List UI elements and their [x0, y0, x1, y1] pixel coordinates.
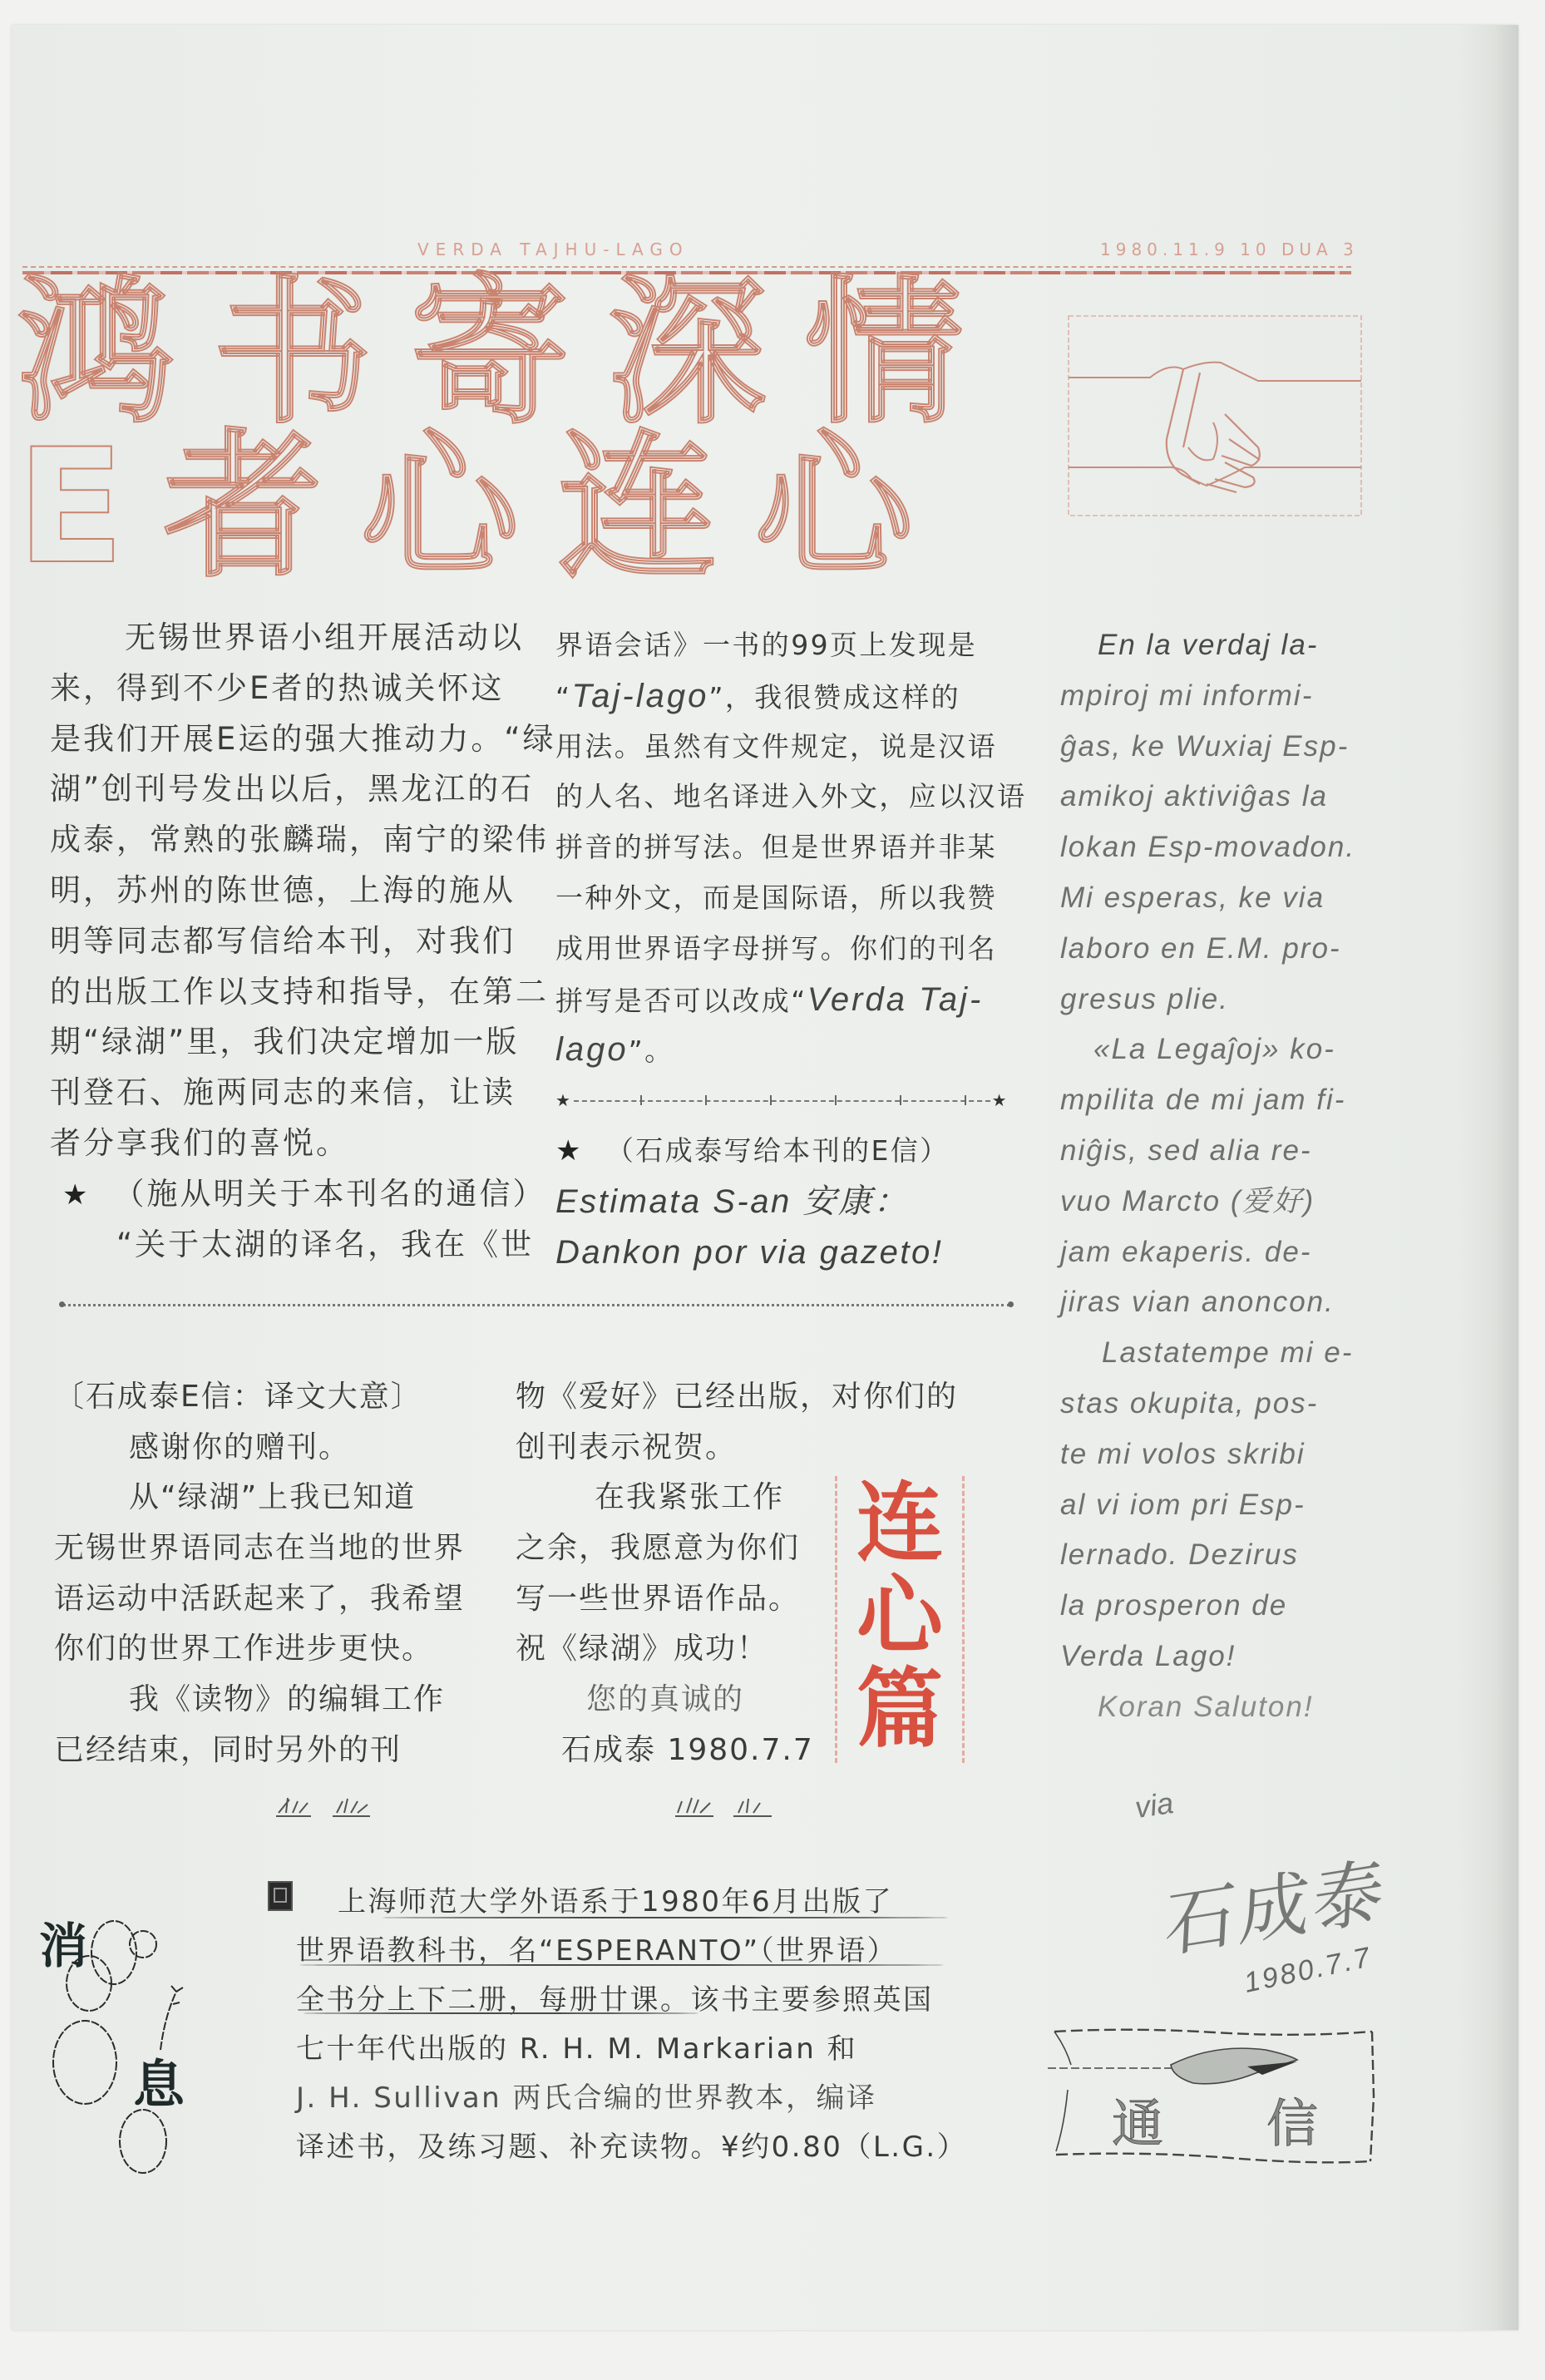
- esperanto-line: Lastatempe mi e-: [1060, 1328, 1355, 1379]
- intro-line: 刊登石、施两同志的来信，让读: [50, 1068, 556, 1118]
- esperanto-line: En la verdaj la-: [1060, 620, 1355, 671]
- intro-line: 明等同志都写信给本刊，对我们: [50, 916, 556, 967]
- esperanto-line: lernado. Dezirus: [1060, 1530, 1355, 1581]
- translation-line: 无锡世界语同志在当地的世界: [54, 1523, 465, 1574]
- letter1-heading: ★（施从明关于本刊名的通信）: [50, 1169, 556, 1220]
- intro-line: 期“绿湖”里，我们决定增加一版: [50, 1017, 556, 1068]
- translation-line: 我《读物》的编辑工作: [54, 1675, 465, 1726]
- news-line: 译述书，及练习题、补充读物。¥约0.80（L.G.）: [296, 2123, 967, 2172]
- intro-line: 湖”创刊号发出以后，黑龙江的石: [50, 764, 556, 815]
- intro-line: 成泰，常熟的张麟瑞，南宁的梁伟: [50, 815, 556, 866]
- esperanto-line: mpiroj mi informi-: [1060, 671, 1355, 722]
- news-underline: [383, 1917, 948, 1918]
- news-line: 七十年代出版的 R. H. M. Markarian 和: [296, 2025, 967, 2074]
- dotted-separator: [62, 1304, 1010, 1306]
- letter1-line: 拼写是否可以改成“Verda Taj-: [555, 975, 1026, 1025]
- letter1-column: 界语会话》一书的99页上发现是 “Taj-lago”，我很赞成这样的 用法。虽然…: [555, 620, 1026, 1277]
- correspondence-label-char: 信: [1266, 2093, 1318, 2154]
- handshake-icon: [1067, 314, 1363, 517]
- latin-term: Taj-lago: [572, 678, 709, 714]
- intro-line: 明，苏州的陈世德，上海的施从: [50, 866, 556, 916]
- intro-line: 来，得到不少E者的热诚关怀这: [50, 664, 556, 714]
- news-line: 全书分上下二册，每册廿课。该书主要参照英国: [296, 1976, 967, 2025]
- masthead-date: 1980.11.9 10 DUA 3: [1100, 239, 1359, 259]
- translation-line: 创刊表示祝贺。: [516, 1423, 958, 1474]
- letter1-line-text: 拼写是否可以改成“: [555, 985, 807, 1017]
- letter1-line: 界语会话》一书的99页上发现是: [555, 620, 1026, 671]
- news-bubbles-icon: 消 息: [25, 1879, 274, 2187]
- intro-line: 无锡世界语小组开展活动以: [50, 613, 556, 664]
- letter1-line-text: ”，我很赞成这样的: [708, 681, 960, 714]
- intro-line: 是我们开展E运的强大推动力。“绿: [50, 714, 556, 765]
- esperanto-line: «La Legaĵoj» ko-: [1060, 1025, 1355, 1075]
- letter1-line: 的人名、地名译进入外文，应以汉语: [555, 772, 1026, 822]
- news-label-char: 息: [133, 2054, 185, 2115]
- translation-line: 从“绿湖”上我已知道: [54, 1473, 465, 1523]
- news-label-char: 消: [39, 1918, 87, 1974]
- star-icon: ★: [992, 1090, 1009, 1110]
- intro-column: 无锡世界语小组开展活动以 来，得到不少E者的热诚关怀这 是我们开展E运的强大推动…: [50, 613, 556, 1270]
- star-icon: ★: [62, 1178, 90, 1212]
- esperanto-line: amikoj aktiviĝas la: [1060, 772, 1355, 822]
- section-divider: ★ ★: [555, 1075, 1009, 1126]
- news-line: 世界语教科书，名“ESPERANTO”（世界语）: [296, 1927, 967, 1976]
- stamp-char: 篇: [837, 1662, 962, 1755]
- esperanto-line: al vi iom pri Esp-: [1060, 1480, 1355, 1531]
- letter1-line: “关于太湖的译名，我在《世: [50, 1220, 556, 1271]
- stamp-char: 连: [837, 1476, 962, 1569]
- star-icon: ★: [555, 1134, 583, 1168]
- divider-ticks: [589, 1095, 975, 1105]
- letter1-line-text: ”。: [629, 1034, 674, 1067]
- intro-line: 的出版工作以支持和指导，在第二: [50, 967, 556, 1018]
- esperanto-line: gresus plie.: [1060, 975, 1355, 1025]
- esperanto-line: niĝis, sed alia re-: [1060, 1126, 1355, 1177]
- letter1-line: 成用世界语字母拼写。你们的刊名: [555, 924, 1026, 975]
- translation-line: 物《爱好》已经出版，对你们的: [516, 1372, 958, 1423]
- signature-closing: via: [1133, 1785, 1175, 1825]
- translation-line: 已经结束，同时另外的刊: [54, 1726, 465, 1776]
- letter1-line: 用法。虽然有文件规定，说是汉语: [555, 722, 1026, 773]
- esperanto-line: jam ekaperis. de-: [1060, 1227, 1355, 1278]
- intro-line: 者分享我们的喜悦。: [50, 1118, 556, 1169]
- news-underline: [304, 2012, 698, 2014]
- letter1-line: 拼音的拼写法。但是世界语并非某: [555, 822, 1026, 873]
- masthead-title: VERDA TAJHU-LAGO: [417, 239, 689, 259]
- translation-line: 语运动中活跃起来了，我希望: [54, 1574, 465, 1625]
- letter1-heading-text: （施从明关于本刊名的通信）: [113, 1176, 545, 1212]
- letter2-greeting: Estimata S-an 安康：: [555, 1177, 1026, 1227]
- esperanto-line: la prosperon de: [1060, 1581, 1355, 1632]
- letter1-line: lago”。: [555, 1025, 1026, 1075]
- letter1-line: 一种外文，而是国际语，所以我赞: [555, 873, 1026, 924]
- star-icon: ★: [555, 1090, 572, 1110]
- translation-heading: 〔石成泰E信：译文大意〕: [54, 1372, 465, 1423]
- headline-line-1: 鸿书寄深情: [17, 274, 1002, 432]
- stamp-char: 心: [837, 1569, 962, 1662]
- news-line: 上海师范大学外语系于1980年6月出版了: [296, 1878, 967, 1927]
- esperanto-line: Mi esperas, ke via: [1060, 873, 1355, 924]
- grass-ornament-icon: [674, 1795, 790, 1821]
- esperanto-line: jiras vian anoncon.: [1060, 1277, 1355, 1328]
- esperanto-line: Verda Lago!: [1060, 1632, 1355, 1682]
- translation-column-left: 〔石成泰E信：译文大意〕 感谢你的赠刊。 从“绿湖”上我已知道 无锡世界语同志在…: [54, 1372, 465, 1776]
- correspondence-label-char: 通: [1112, 2093, 1163, 2154]
- translation-line: 感谢你的赠刊。: [54, 1423, 465, 1474]
- esperanto-line: ĝas, ke Wuxiaj Esp-: [1060, 722, 1355, 773]
- latin-term: lago: [555, 1031, 629, 1068]
- news-line: J. H. Sullivan 两氏合编的世界教本，编译: [296, 2074, 967, 2123]
- esperanto-line: mpilita de mi jam fi-: [1060, 1075, 1355, 1126]
- translation-line: 你们的世界工作进步更快。: [54, 1624, 465, 1675]
- grass-ornament-icon: [274, 1795, 391, 1821]
- esperanto-line: stas okupita, pos-: [1060, 1379, 1355, 1429]
- esperanto-line: lokan Esp-movadon.: [1060, 822, 1355, 873]
- lianxin-stamp: 连 心 篇: [835, 1476, 965, 1763]
- esperanto-line: te mi volos skribi: [1060, 1429, 1355, 1480]
- correspondence-box-icon: 通 信: [1048, 2025, 1380, 2168]
- letter1-line: “Taj-lago”，我很赞成这样的: [555, 671, 1026, 722]
- letter2-heading: ★（石成泰写给本刊的E信）: [555, 1126, 1026, 1177]
- quote-mark: “: [555, 681, 572, 714]
- news-column: 上海师范大学外语系于1980年6月出版了 世界语教科书，名“ESPERANTO”…: [296, 1878, 967, 2172]
- esperanto-line: vuo Marcto (爱好): [1060, 1177, 1355, 1227]
- letter2-thanks: Dankon por via gazeto!: [555, 1227, 1026, 1278]
- letter2-heading-text: （石成泰写给本刊的E信）: [606, 1134, 950, 1167]
- news-underline: [299, 1964, 944, 1966]
- esperanto-letter-column: En la verdaj la- mpiroj mi informi- ĝas,…: [1060, 620, 1355, 1733]
- esperanto-closing: Koran Saluton!: [1060, 1682, 1355, 1733]
- headline-line-2: E者心连心: [17, 428, 952, 586]
- latin-term: Verda Taj-: [807, 981, 984, 1018]
- esperanto-line: laboro en E.M. pro-: [1060, 924, 1355, 975]
